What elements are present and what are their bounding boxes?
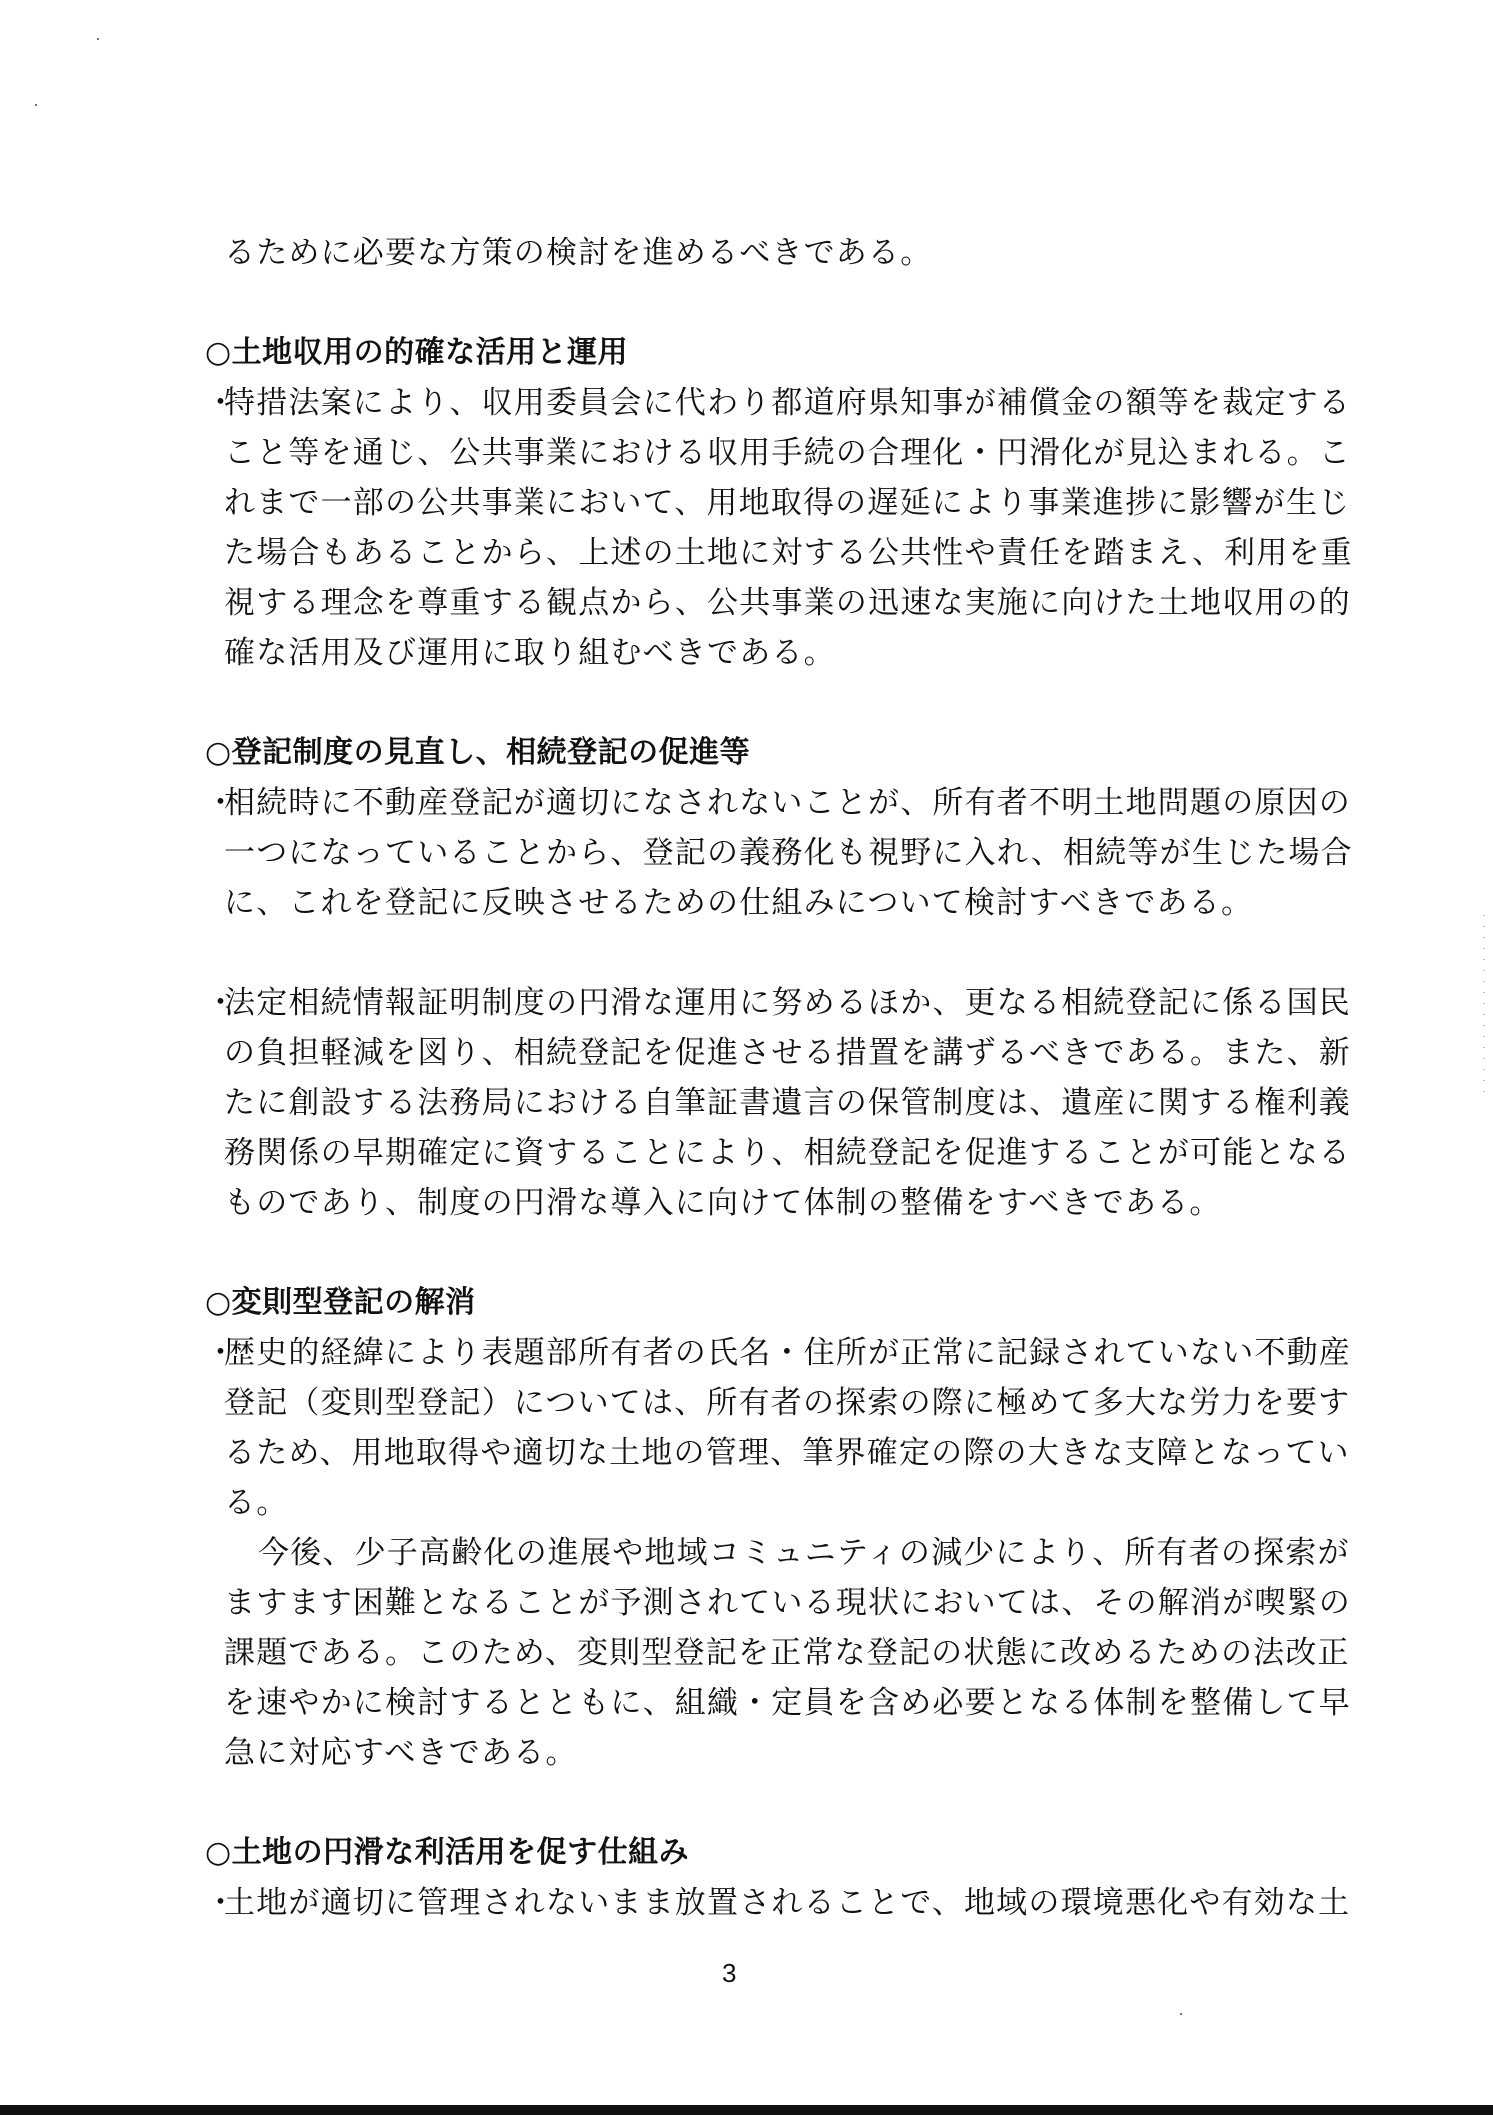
scan-bottom-border	[0, 2105, 1493, 2115]
bullet-icon: ・	[205, 1878, 224, 1928]
line-text: 土地が適切に管理されないまま放置されることで、地域の環境悪化や有効な土	[224, 1885, 1350, 1921]
paragraph-line: 視する理念を尊重する観点から、公共事業の迅速な実施に向けた土地収用の的	[205, 578, 1270, 628]
bullet-icon: ・	[205, 1328, 224, 1378]
scan-speck	[35, 104, 37, 106]
paragraph-line: ・歴史的経緯により表題部所有者の氏名・住所が正常に記録されていない不動産	[205, 1328, 1270, 1378]
paragraph-line: れまで一部の公共事業において、用地取得の遅延により事業進捗に影響が生じ	[205, 478, 1270, 528]
line-text: 特措法案により、収用委員会に代わり都道府県知事が補償金の額等を裁定する	[224, 385, 1351, 421]
scan-speck	[97, 38, 99, 40]
spacer	[205, 1778, 1270, 1828]
paragraph-line: ・法定相続情報証明制度の円滑な運用に努めるほか、更なる相続登記に係る国民	[205, 978, 1270, 1028]
spacer	[205, 678, 1270, 728]
paragraph-line: た場合もあることから、上述の土地に対する公共性や責任を踏まえ、利用を重	[205, 528, 1270, 578]
margin-scan-marks	[1483, 915, 1485, 1095]
section-heading-land-expropriation: ○土地収用の的確な活用と運用	[205, 328, 1270, 378]
paragraph-line: 登記（変則型登記）については、所有者の探索の際に極めて多大な労力を要す	[205, 1378, 1270, 1428]
paragraph-line: 一つになっていることから、登記の義務化も視野に入れ、相続等が生じた場合	[205, 828, 1270, 878]
spacer	[205, 1228, 1270, 1278]
line-text: 歴史的経緯により表題部所有者の氏名・住所が正常に記録されていない不動産	[224, 1335, 1351, 1371]
section-heading-registration-review: ○登記制度の見直し、相続登記の促進等	[205, 728, 1270, 778]
paragraph-line: るため、用地取得や適切な土地の管理、筆界確定の際の大きな支障となってい	[205, 1428, 1270, 1478]
scan-speck	[1180, 2013, 1182, 2015]
paragraph-line: を速やかに検討するとともに、組織・定員を含め必要となる体制を整備して早	[205, 1678, 1270, 1728]
line-text: 相続時に不動産登記が適切になされないことが、所有者不明土地問題の原因の	[224, 785, 1351, 821]
line-text: 法定相続情報証明制度の円滑な運用に努めるほか、更なる相続登記に係る国民	[224, 985, 1351, 1021]
spacer	[205, 278, 1270, 328]
bullet-icon: ・	[205, 378, 224, 428]
paragraph-line: 急に対応すべきである。	[205, 1728, 1270, 1778]
paragraph-line: ものであり、制度の円滑な導入に向けて体制の整備をすべきである。	[205, 1178, 1270, 1228]
spacer	[205, 928, 1270, 978]
paragraph-line: る。	[205, 1478, 1270, 1528]
paragraph-line: に、これを登記に反映させるための仕組みについて検討すべきである。	[205, 878, 1270, 928]
paragraph-line: ・相続時に不動産登記が適切になされないことが、所有者不明土地問題の原因の	[205, 778, 1270, 828]
paragraph-line: 今後、少子高齢化の進展や地域コミュニティの減少により、所有者の探索が	[205, 1528, 1270, 1578]
document-page: るために必要な方策の検討を進めるべきである。 ○土地収用の的確な活用と運用 ・特…	[0, 0, 1493, 2115]
document-body: るために必要な方策の検討を進めるべきである。 ○土地収用の的確な活用と運用 ・特…	[205, 228, 1270, 1928]
paragraph-line: こと等を通じ、公共事業における収用手続の合理化・円滑化が見込まれる。こ	[205, 428, 1270, 478]
continuation-line: るために必要な方策の検討を進めるべきである。	[205, 228, 1270, 278]
paragraph-line: ・土地が適切に管理されないまま放置されることで、地域の環境悪化や有効な土	[205, 1878, 1270, 1928]
section-heading-irregular-registration: ○変則型登記の解消	[205, 1278, 1270, 1328]
paragraph-line: 務関係の早期確定に資することにより、相続登記を促進することが可能となる	[205, 1128, 1270, 1178]
paragraph-line: 確な活用及び運用に取り組むべきである。	[205, 628, 1270, 678]
paragraph-line: の負担軽減を図り、相続登記を促進させる措置を講ずるべきである。また、新	[205, 1028, 1270, 1078]
paragraph-line: たに創設する法務局における自筆証書遺言の保管制度は、遺産に関する権利義	[205, 1078, 1270, 1128]
section-heading-land-utilization: ○土地の円滑な利活用を促す仕組み	[205, 1828, 1270, 1878]
bullet-icon: ・	[205, 778, 224, 828]
bullet-icon: ・	[205, 978, 224, 1028]
paragraph-line: ・特措法案により、収用委員会に代わり都道府県知事が補償金の額等を裁定する	[205, 378, 1270, 428]
page-number: 3	[722, 1958, 736, 1989]
paragraph-line: 課題である。このため、変則型登記を正常な登記の状態に改めるための法改正	[205, 1628, 1270, 1678]
paragraph-line: ますます困難となることが予測されている現状においては、その解消が喫緊の	[205, 1578, 1270, 1628]
